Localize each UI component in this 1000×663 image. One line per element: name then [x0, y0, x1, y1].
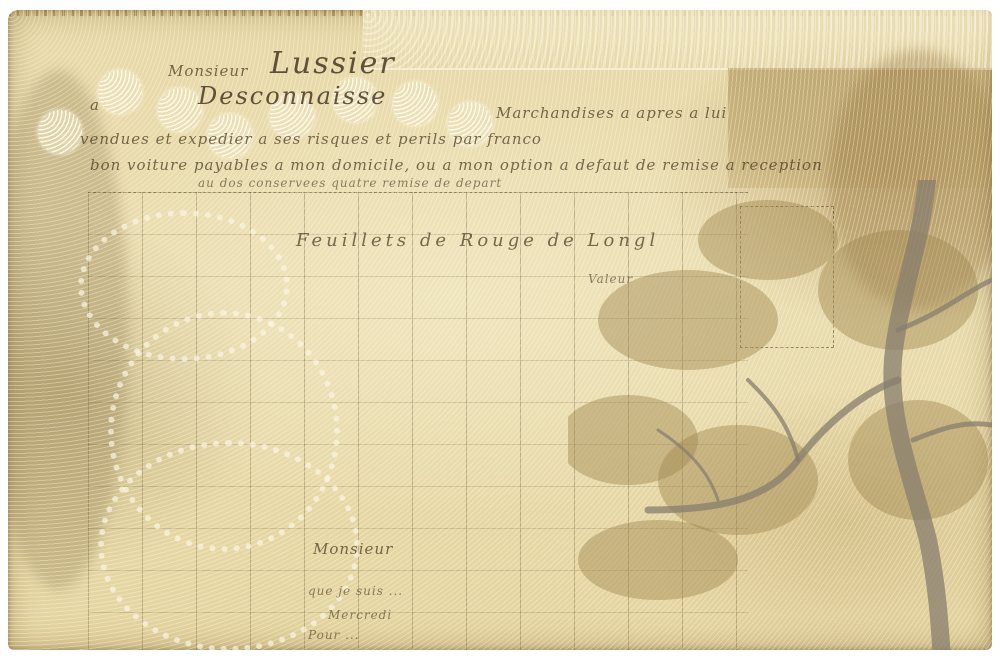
footer-greeting: Monsieur: [313, 540, 393, 558]
toile-tree: [568, 180, 992, 650]
lace-flower: [158, 88, 202, 132]
footer-line2: Mercredi: [328, 608, 392, 622]
artwork-canvas: Monsieur Lussier a Desconnaisse Marchand…: [8, 10, 992, 650]
invoice-salutation: Monsieur: [168, 62, 248, 80]
invoice-line2: vendues et expedier a ses risques et per…: [80, 130, 542, 148]
invoice-line1-left: a: [90, 96, 100, 114]
footer-line1: que je suis ...: [308, 584, 403, 598]
invoice-line1-mid: Desconnaisse: [198, 82, 387, 110]
invoice-line1-right: Marchandises a apres a lui: [496, 104, 727, 122]
lace-flower: [38, 110, 82, 154]
invoice-recipient: Lussier: [270, 46, 396, 81]
lace-flower: [393, 82, 437, 126]
invoice-line3: bon voiture payables a mon domicile, ou …: [90, 156, 823, 174]
footer-line3: Pour ...: [308, 628, 360, 642]
invoice-line4: au dos conservees quatre remise de depar…: [198, 176, 502, 190]
lace-flower: [98, 70, 142, 114]
